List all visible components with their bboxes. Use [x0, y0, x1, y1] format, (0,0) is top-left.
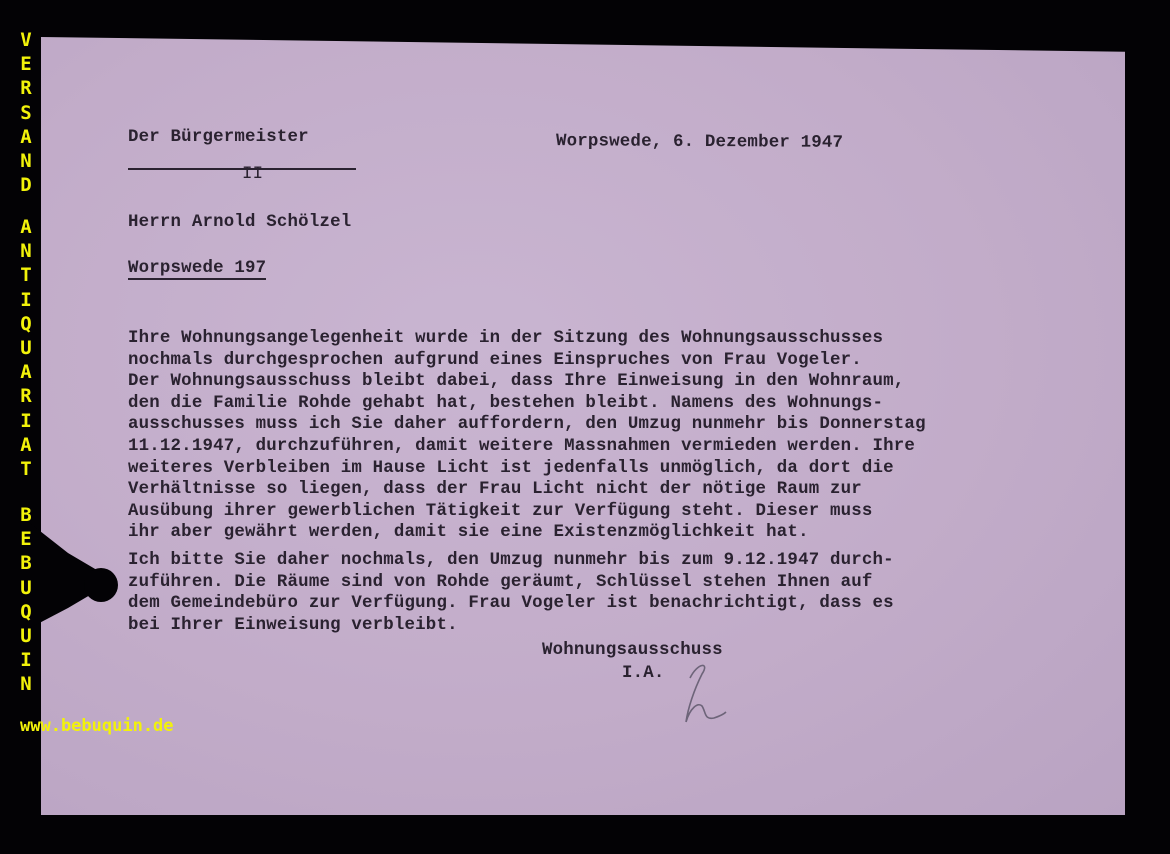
recipient-name: Herrn Arnold Schölzel — [128, 213, 351, 232]
signoff-committee: Wohnungsausschuss — [542, 641, 723, 660]
watermark-word: ANTIQUARIAT — [14, 215, 38, 481]
sender: Der Bürgermeister — [128, 128, 309, 147]
sender-sub: II — [128, 146, 356, 186]
letter-line: 11.12.1947, durchzuführen, damit weitere… — [128, 436, 926, 458]
sender-rule — [128, 168, 356, 170]
recipient-address: Worpswede 197 — [128, 259, 266, 280]
letter-line: bei Ihrer Einweisung verbleibt. — [128, 615, 894, 637]
letter-line: den die Familie Rohde gehabt hat, besteh… — [128, 393, 926, 415]
place-date: Worpswede, 6. Dezember 1947 — [556, 132, 843, 153]
letter-line: Ausübung ihrer gewerblichen Tätigkeit zu… — [128, 501, 926, 523]
watermark-word: VERSAND — [14, 28, 38, 197]
signoff-ia: I.A. — [622, 664, 665, 683]
letter-line: zuführen. Die Räume sind von Rohde geräu… — [128, 572, 894, 594]
watermark-word: BEBUQUIN — [14, 503, 38, 697]
watermark-url: www.bebuquin.de — [20, 716, 174, 736]
letter-line: Der Wohnungsausschuss bleibt dabei, dass… — [128, 371, 926, 393]
paper-hole — [84, 568, 118, 602]
letter-line: Verhältnisse so liegen, dass der Frau Li… — [128, 479, 926, 501]
signature-icon — [680, 660, 740, 730]
letter-line: weiteres Verbleiben im Hause Licht ist j… — [128, 458, 926, 480]
paragraph-2: Ich bitte Sie daher nochmals, den Umzug … — [128, 550, 894, 636]
letter-line: Ihre Wohnungsangelegenheit wurde in der … — [128, 328, 926, 350]
letter-line: ihr aber gewährt werden, damit sie eine … — [128, 522, 926, 544]
letter-line: ausschusses muss ich Sie daher aufforder… — [128, 414, 926, 436]
letter-line: nochmals durchgesprochen aufgrund eines … — [128, 350, 926, 372]
letter-line: Ich bitte Sie daher nochmals, den Umzug … — [128, 550, 894, 572]
paragraph-1: Ihre Wohnungsangelegenheit wurde in der … — [128, 328, 926, 544]
letter-line: dem Gemeindebüro zur Verfügung. Frau Vog… — [128, 593, 894, 615]
